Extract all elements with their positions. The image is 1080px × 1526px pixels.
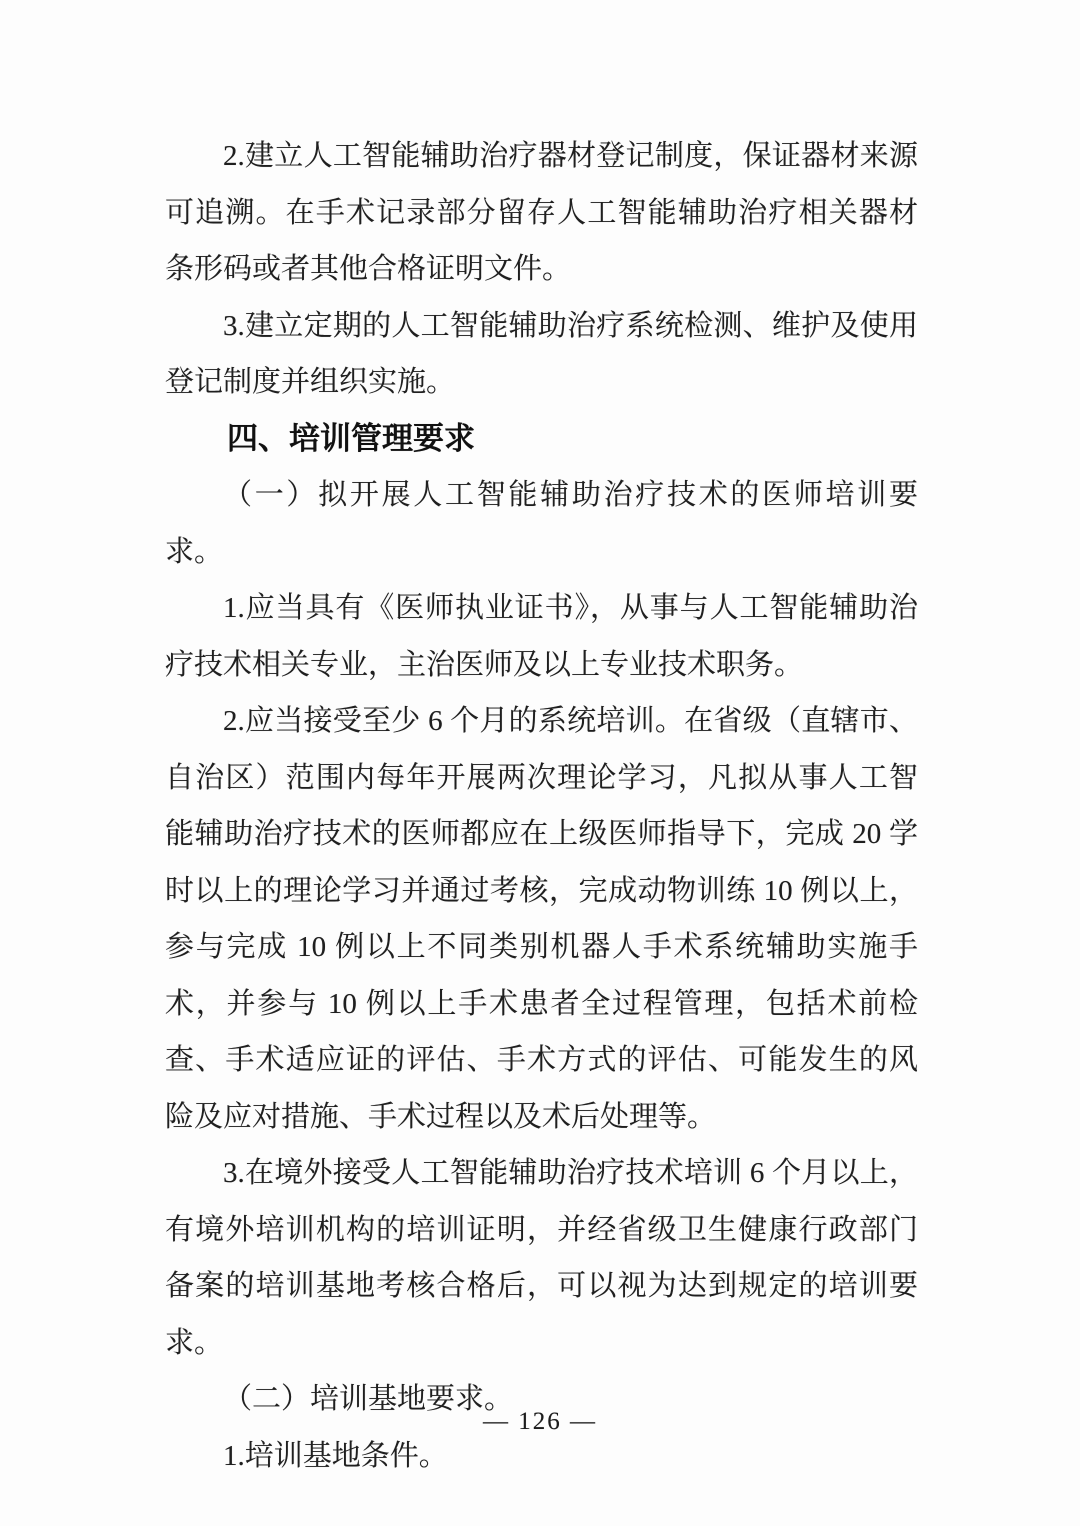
section-heading: 四、培训管理要求 — [165, 411, 918, 468]
paragraph: 2.建立人工智能辅助治疗器材登记制度，保证器材来源可追溯。在手术记录部分留存人工… — [165, 128, 918, 298]
page-footer: — 126 — — [0, 1408, 1080, 1436]
document-page: 2.建立人工智能辅助治疗器材登记制度，保证器材来源可追溯。在手术记录部分留存人工… — [0, 0, 1080, 1526]
page-number: — 126 — — [483, 1408, 597, 1435]
paragraph: （一）拟开展人工智能辅助治疗技术的医师培训要求。 — [165, 467, 918, 580]
paragraph: 1.应当具有《医师执业证书》，从事与人工智能辅助治疗技术相关专业，主治医师及以上… — [165, 580, 918, 693]
paragraph: 3.在境外接受人工智能辅助治疗技术培训 6 个月以上，有境外培训机构的培训证明，… — [165, 1145, 918, 1371]
paragraph: 2.应当接受至少 6 个月的系统培训。在省级（直辖市、自治区）范围内每年开展两次… — [165, 693, 918, 1145]
paragraph: 3.建立定期的人工智能辅助治疗系统检测、维护及使用登记制度并组织实施。 — [165, 298, 918, 411]
document-body: 2.建立人工智能辅助治疗器材登记制度，保证器材来源可追溯。在手术记录部分留存人工… — [165, 128, 918, 1484]
